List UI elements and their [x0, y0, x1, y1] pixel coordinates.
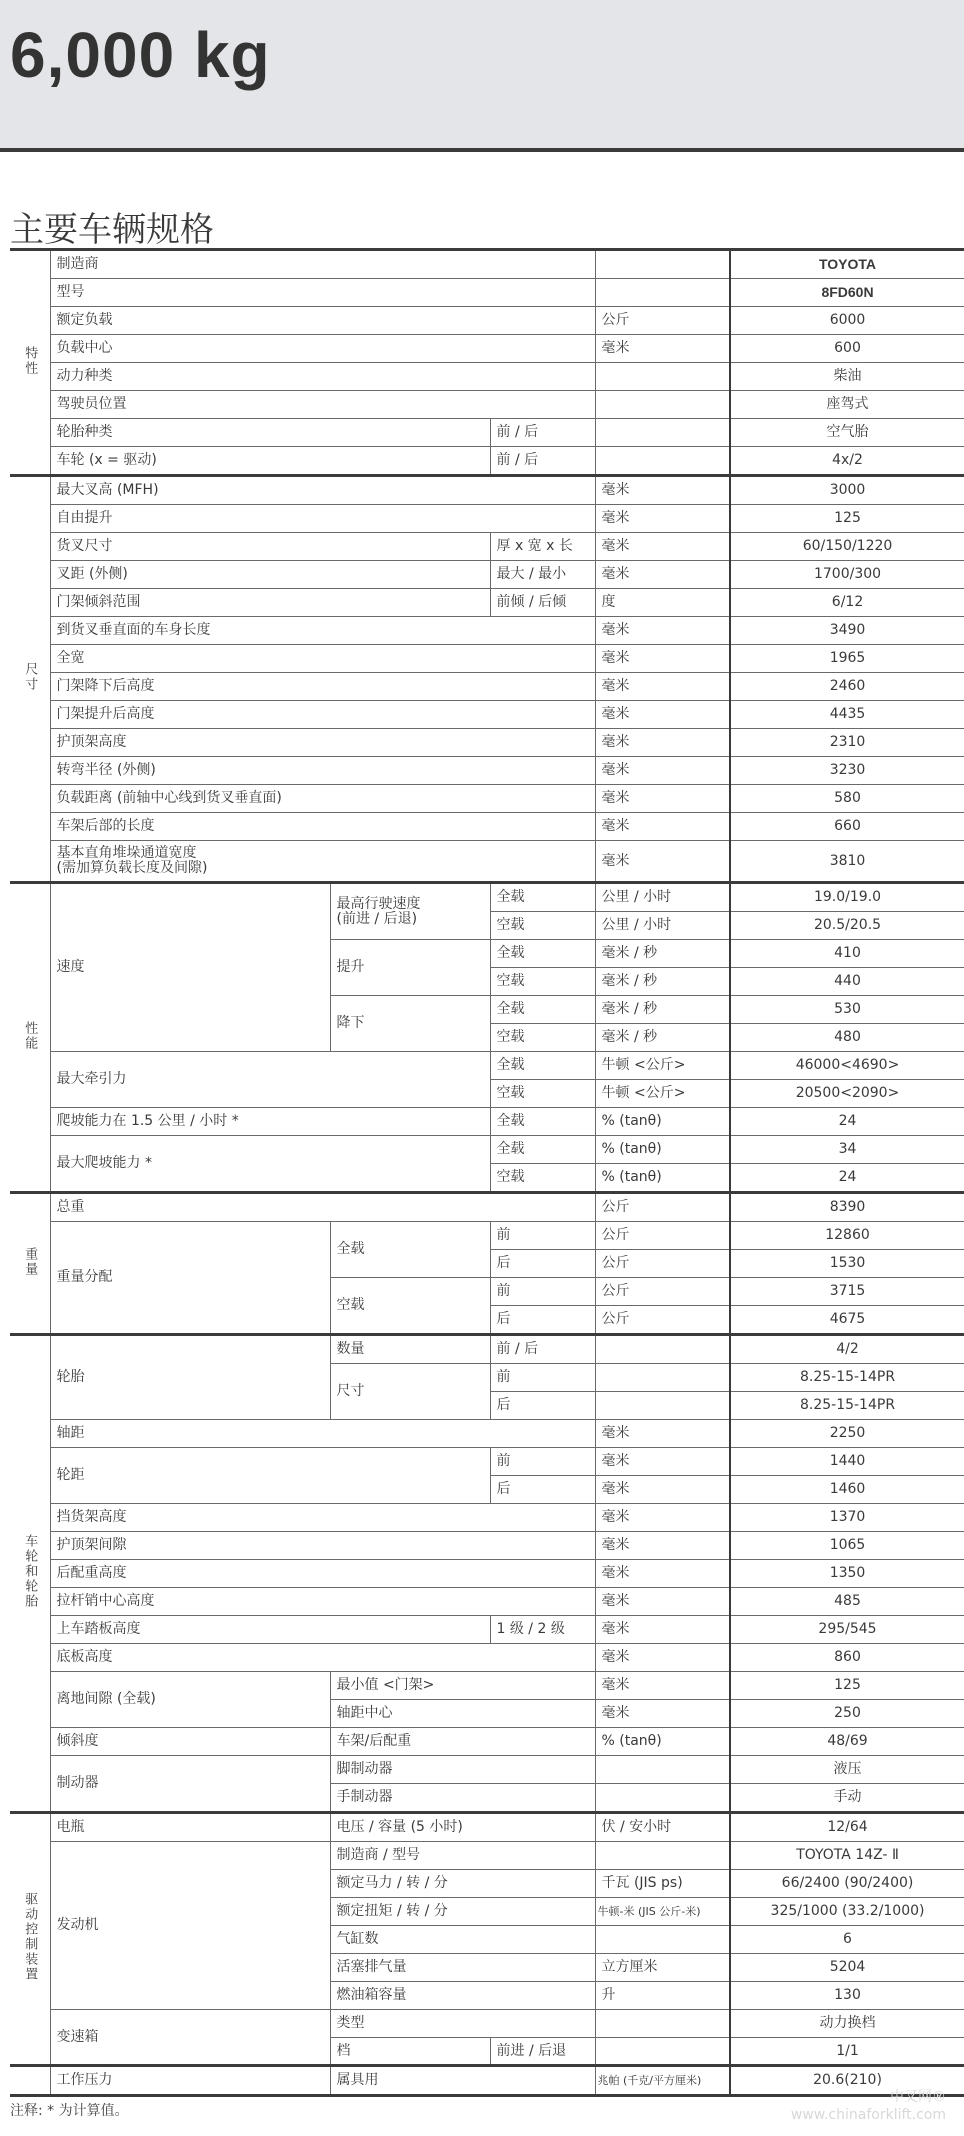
table-row: 最大牵引力全载牛顿 <公斤>46000<4690> — [10, 1052, 964, 1080]
table-row: 型号8FD60N — [10, 279, 964, 307]
table-row: 全宽毫米1965 — [10, 645, 964, 673]
table-row: 轴距毫米2250 — [10, 1420, 964, 1448]
table-row: 到货叉垂直面的车身长度毫米3490 — [10, 617, 964, 645]
category-dimensions: 尺寸 — [10, 476, 50, 883]
table-row: 叉距 (外侧)最大 / 最小毫米1700/300 — [10, 561, 964, 589]
table-row: 最大爬坡能力 *全载% (tanθ)34 — [10, 1136, 964, 1164]
table-row: 性能 速度 最高行驶速度(前进 / 后退) 全载公里 / 小时19.0/19.0 — [10, 883, 964, 912]
table-row: 门架提升后高度毫米4435 — [10, 701, 964, 729]
category-drive-control: 驱动控制装置 — [10, 1813, 50, 2066]
table-row: 自由提升毫米125 — [10, 505, 964, 533]
table-row: 特性 制造商TOYOTA — [10, 250, 964, 279]
category-characteristics: 特性 — [10, 250, 50, 476]
header-band: 6,000 kg — [0, 0, 964, 152]
table-row: 后配重高度毫米1350 — [10, 1560, 964, 1588]
table-row: 倾斜度车架/后配重% (tanθ)48/69 — [10, 1728, 964, 1756]
table-row: 护顶架高度毫米2310 — [10, 729, 964, 757]
table-row: 额定负载公斤6000 — [10, 307, 964, 335]
table-row: 转弯半径 (外侧)毫米3230 — [10, 757, 964, 785]
table-row: 发动机制造商 / 型号TOYOTA 14Z- Ⅱ — [10, 1842, 964, 1870]
table-row: 上车踏板高度1 级 / 2 级毫米295/545 — [10, 1616, 964, 1644]
section-title: 主要车辆规格 — [10, 202, 214, 251]
table-row: 轮距前毫米1440 — [10, 1448, 964, 1476]
table-row: 挡货架高度毫米1370 — [10, 1504, 964, 1532]
table-row: 护顶架间隙毫米1065 — [10, 1532, 964, 1560]
spec-table: 特性 制造商TOYOTA 型号8FD60N 额定负载公斤6000 负载中心毫米6… — [10, 248, 964, 2097]
category-wheels-tires: 车轮和轮胎 — [10, 1335, 50, 1813]
capacity-title: 6,000 kg — [10, 18, 271, 92]
table-row: 驱动控制装置 电瓶电压 / 容量 (5 小时)伏 / 安小时12/64 — [10, 1813, 964, 1842]
table-row: 车架后部的长度毫米660 — [10, 813, 964, 841]
table-row: 门架倾斜范围前倾 / 后倾度6/12 — [10, 589, 964, 617]
table-row: 底板高度毫米860 — [10, 1644, 964, 1672]
table-row: 离地间隙 (全载)最小值 <门架>毫米125 — [10, 1672, 964, 1700]
category-performance: 性能 — [10, 883, 50, 1193]
table-row: 门架降下后高度毫米2460 — [10, 673, 964, 701]
watermark: 中叉网® www.chinaforklift.com — [791, 2088, 946, 2124]
table-row: 货叉尺寸厚 x 宽 x 长毫米60/150/1220 — [10, 533, 964, 561]
category-weight: 重量 — [10, 1193, 50, 1335]
table-row: 尺寸 最大叉高 (MFH)毫米3000 — [10, 476, 964, 505]
table-row: 车轮 (x = 驱动)前 / 后4x/2 — [10, 447, 964, 476]
table-row: 制动器脚制动器液压 — [10, 1756, 964, 1784]
table-row: 负载距离 (前轴中心线到货叉垂直面)毫米580 — [10, 785, 964, 813]
table-row: 动力种类柴油 — [10, 363, 964, 391]
table-row: 重量分配全载前公斤12860 — [10, 1222, 964, 1250]
table-row: 轮胎种类前 / 后空气胎 — [10, 419, 964, 447]
table-row: 重量 总重公斤8390 — [10, 1193, 964, 1222]
table-row: 变速箱类型动力换档 — [10, 2010, 964, 2038]
footnote: 注释: * 为计算值。 — [10, 2100, 129, 2120]
table-row: 车轮和轮胎 轮胎数量前 / 后4/2 — [10, 1335, 964, 1364]
table-row: 驾驶员位置座驾式 — [10, 391, 964, 419]
table-row: 拉杆销中心高度毫米485 — [10, 1588, 964, 1616]
table-row: 爬坡能力在 1.5 公里 / 小时 *全载% (tanθ)24 — [10, 1108, 964, 1136]
table-row: 负载中心毫米600 — [10, 335, 964, 363]
